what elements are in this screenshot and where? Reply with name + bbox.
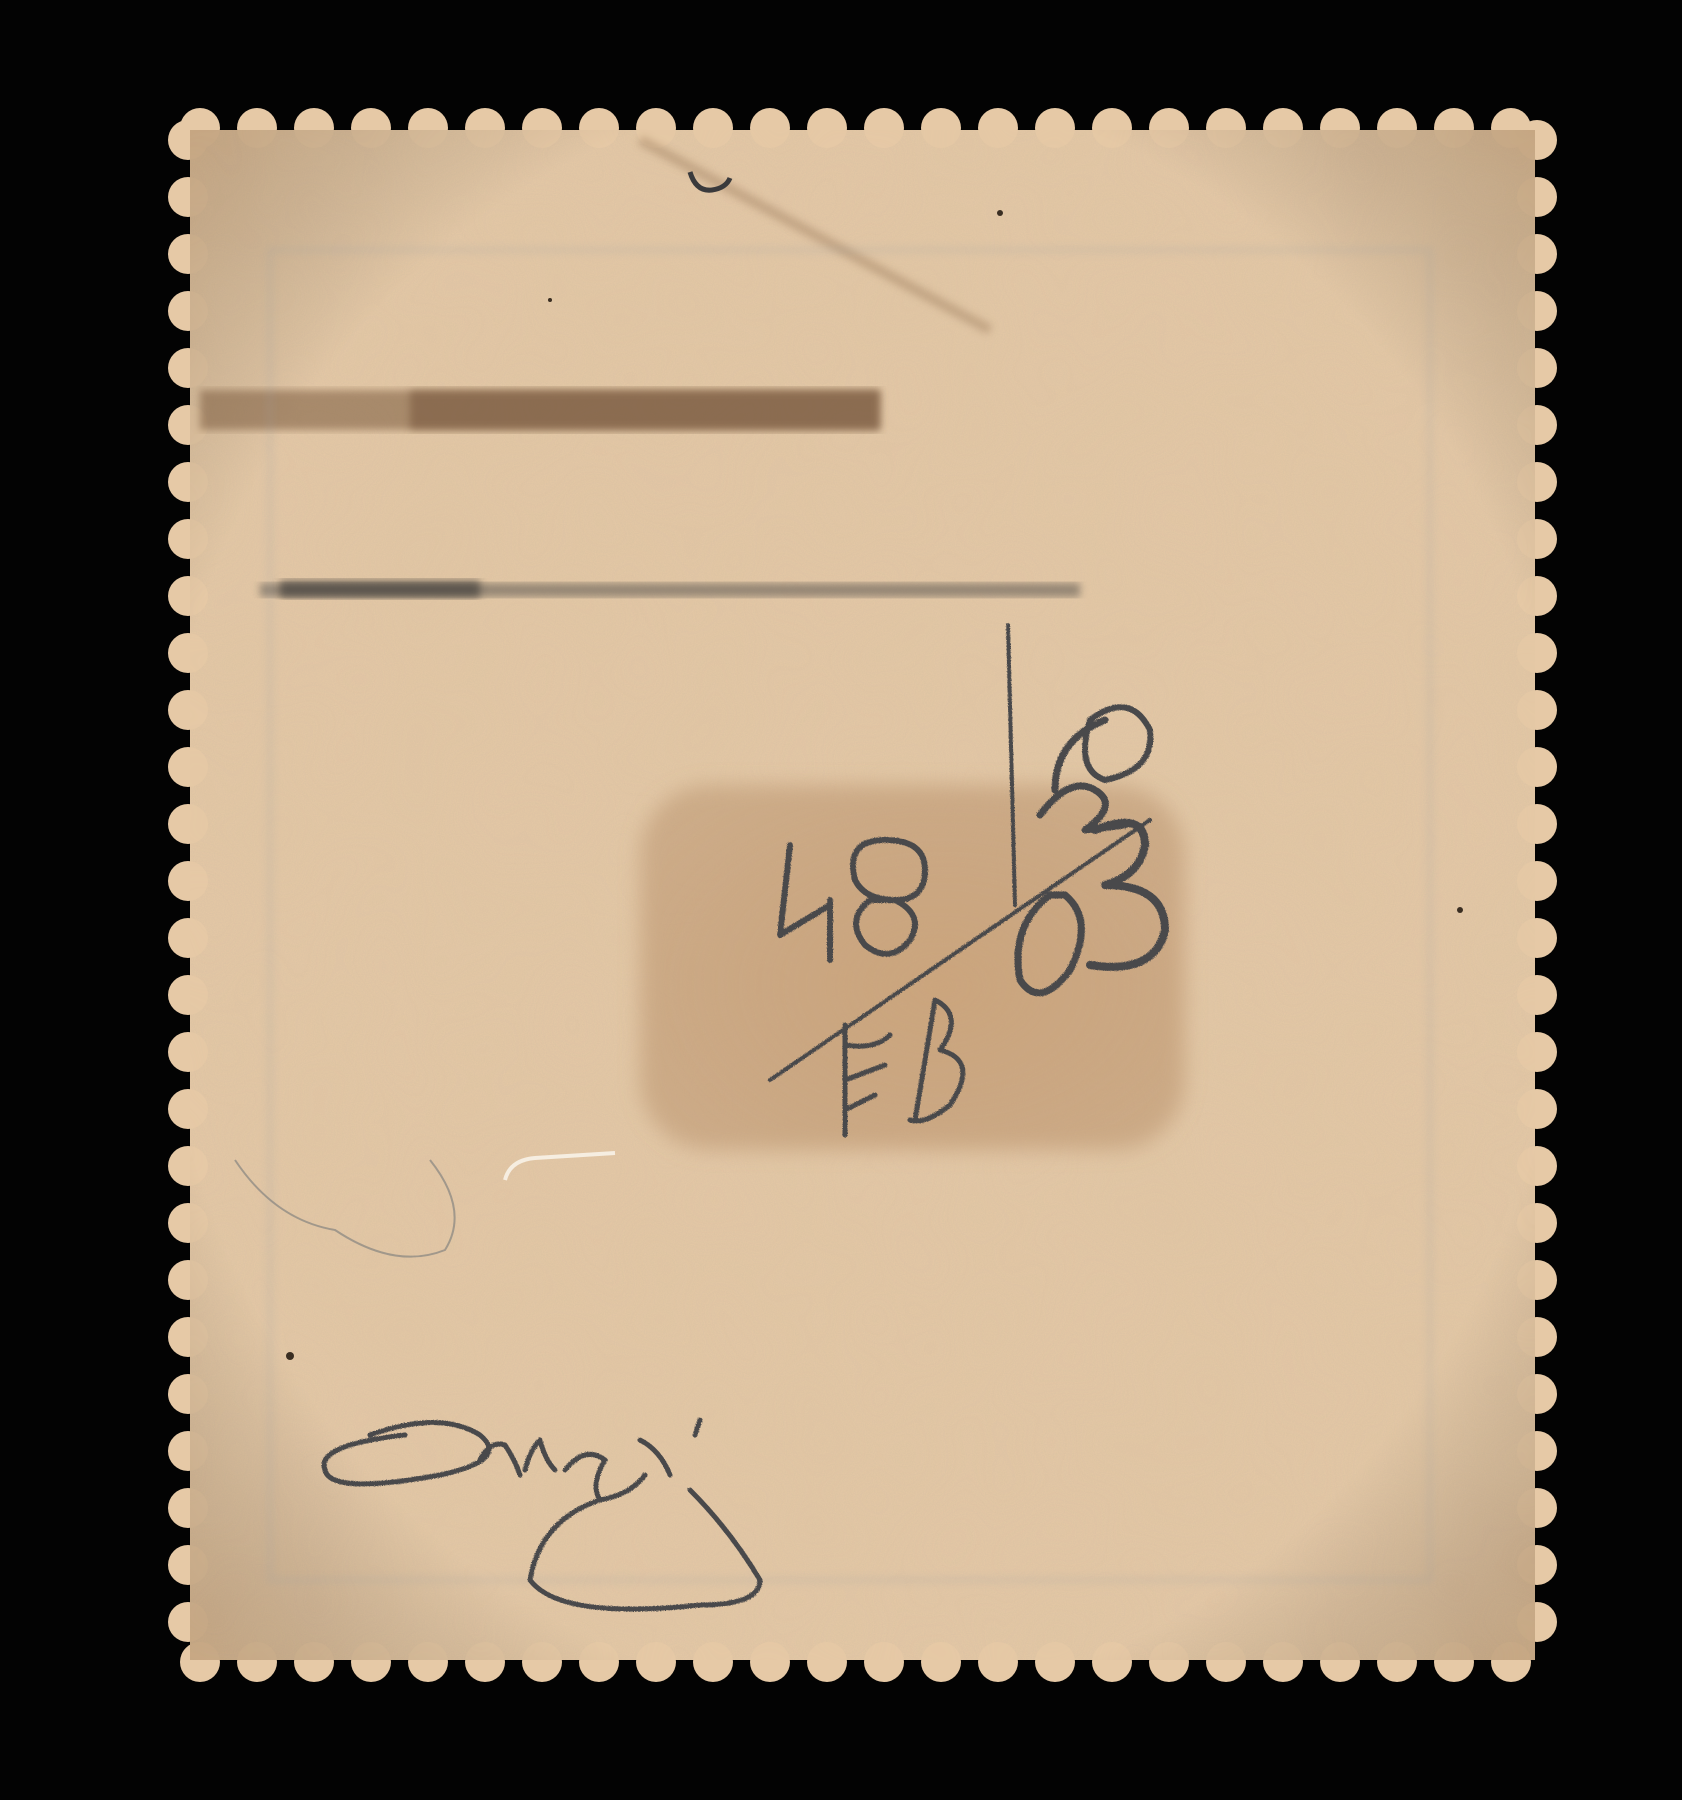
showthrough-band-upper [200, 390, 880, 430]
stamp-photo [0, 0, 1682, 1800]
